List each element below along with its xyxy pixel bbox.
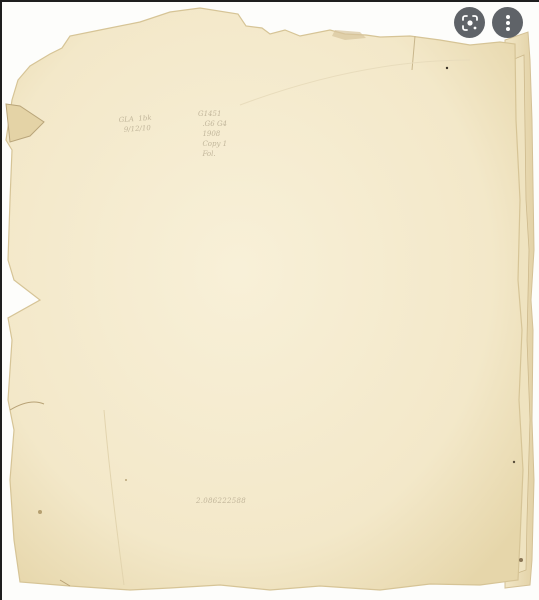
pencil-note-call-number: GLA 1bk 9/12/10 [118, 113, 152, 135]
pencil-note-catalog: G1451 .G6 G4 1908 Copy 1 Fol. [198, 109, 227, 159]
pencil-note-barcode: 2.086222588 [196, 496, 246, 506]
visual-search-button[interactable] [454, 7, 485, 38]
more-options-button[interactable] [492, 7, 523, 38]
frame-border-left [0, 0, 2, 600]
scanned-paper-image [0, 0, 539, 600]
lens-icon [461, 14, 479, 32]
frame-border-top [0, 0, 539, 2]
image-viewer: GLA 1bk 9/12/10 G1451 .G6 G4 1908 Copy 1… [0, 0, 539, 600]
more-vert-icon [505, 14, 511, 32]
